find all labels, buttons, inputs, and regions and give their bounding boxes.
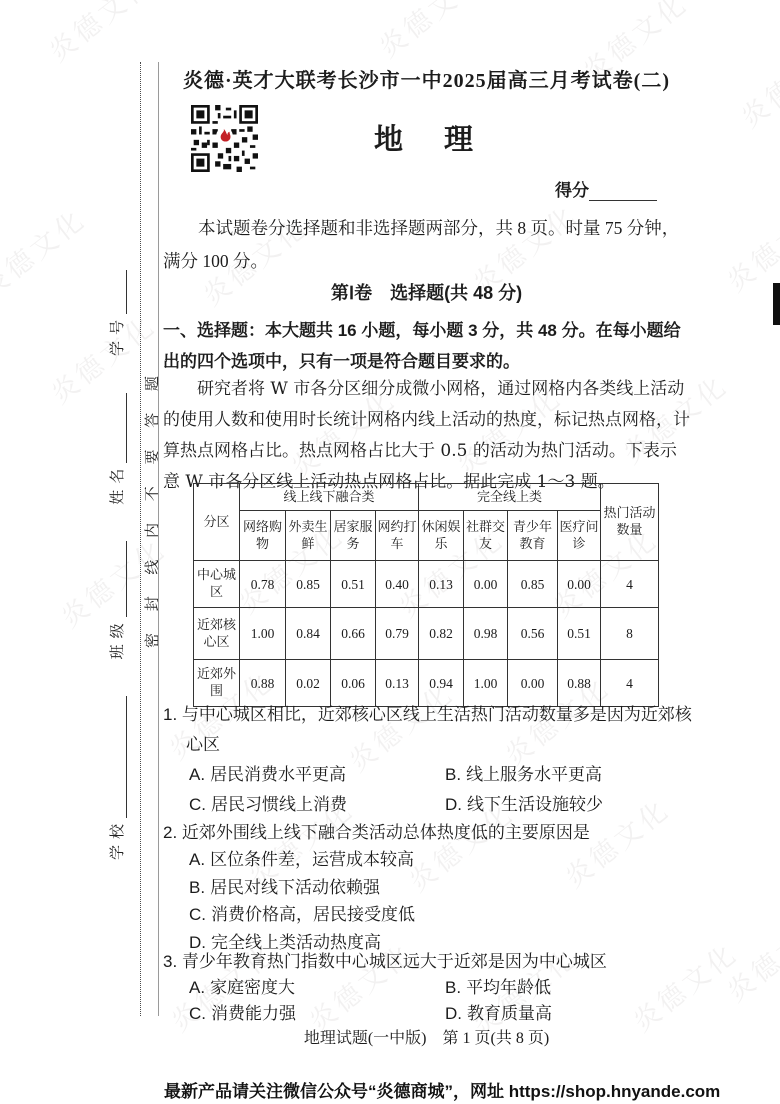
- question-1-options: A.居民消费水平更高 B.线上服务水平更高 C.居民习惯线上消费 D.线下生活设…: [163, 760, 692, 820]
- option-3C: C.消费能力强: [189, 1001, 445, 1027]
- option-2B: B.居民对线下活动依赖强: [189, 874, 692, 902]
- question-3: 3. 青少年教育热门指数中心城区远大于近郊是因为中心城区 A.家庭密度大 B.平…: [163, 948, 692, 1027]
- section-heading: 第Ⅰ卷 选择题(共 48 分): [163, 279, 690, 305]
- option-1A: A.居民消费水平更高: [189, 760, 445, 790]
- question-3-options: A.家庭密度大 B.平均年龄低 C.消费能力强 D.教育质量高: [163, 975, 692, 1027]
- col-header: 医疗问诊: [558, 511, 601, 561]
- field-name-blank: [109, 393, 127, 463]
- hot-grid-table-wrap: 分区 线上线下融合类 完全线上类 热门活动数量 网络购物 外卖生鲜 居家服务 网…: [193, 483, 659, 707]
- col-header: 外卖生鲜: [286, 511, 331, 561]
- table-row-suburb-core: 近郊核心区 1.00 0.84 0.66 0.79 0.82 0.98 0.56…: [194, 608, 659, 660]
- table-row-central: 中心城区 0.78 0.85 0.51 0.40 0.13 0.00 0.85 …: [194, 561, 659, 608]
- field-school-blank: [109, 696, 127, 818]
- col-header: 社群交友: [464, 511, 508, 561]
- watermark: 炎德文化: [39, 0, 161, 69]
- watermark: 炎德文化: [369, 0, 491, 65]
- table-tail-header: 热门活动数量: [601, 484, 659, 561]
- page-footer-pagination: 地理试题(一中版) 第 1 页(共 8 页): [163, 1025, 690, 1048]
- table-corner-header: 分区: [194, 484, 240, 561]
- watermark: 炎德文化: [731, 28, 780, 135]
- table-group-header-row: 分区 线上线下融合类 完全线上类 热门活动数量: [194, 484, 659, 511]
- seal-dotted-line: [140, 62, 141, 1016]
- option-2C: C.消费价格高，居民接受度低: [189, 901, 692, 929]
- question-2: 2. 近郊外围线上线下融合类活动总体热度低的主要原因是 A.区位条件差，运营成本…: [163, 820, 692, 956]
- option-3A: A.家庭密度大: [189, 975, 445, 1001]
- option-1B: B.线上服务水平更高: [445, 760, 692, 790]
- question-1: 1. 与中心城区相比，近郊核心区线上生活热门活动数量多是因为近郊核心区 A.居民…: [163, 700, 692, 820]
- group-header-o2o: 线上线下融合类: [240, 484, 419, 511]
- field-student-number-label: 学号: [107, 314, 127, 356]
- exam-paper-page: 炎德文化 炎德文化 炎德文化 炎德文化 炎德文化 炎德文化 炎德文化 炎德文化 …: [0, 0, 780, 1104]
- watermark: 炎德文化: [717, 902, 780, 1009]
- question-1-stem: 1. 与中心城区相比，近郊核心区线上生活热门活动数量多是因为近郊核心区: [163, 700, 692, 760]
- table-column-header-row: 网络购物 外卖生鲜 居家服务 网约打车 休闲娱乐 社群交友 青少年教育 医疗问诊: [194, 511, 659, 561]
- choice-directive: 一、选择题：本大题共 16 小题，每小题 3 分，共 48 分。在每小题给出的四…: [163, 315, 692, 377]
- field-school: 学校: [107, 696, 127, 860]
- paper-instructions: 本试题卷分选择题和非选择题两部分，共 8 页。时量 75 分钟，满分 100 分…: [163, 212, 692, 278]
- exam-title: 炎德·英才大联考长沙市一中2025届高三月考试卷(二): [163, 64, 690, 93]
- col-header: 网络购物: [240, 511, 286, 561]
- col-header: 居家服务: [331, 511, 376, 561]
- student-info-fields: 学校 班级 姓名 学号: [101, 270, 127, 860]
- col-header: 青少年教育: [508, 511, 558, 561]
- col-header: 网约打车: [376, 511, 419, 561]
- field-school-label: 学校: [107, 818, 127, 860]
- option-1D: D.线下生活设施较少: [445, 790, 692, 820]
- hot-grid-table: 分区 线上线下融合类 完全线上类 热门活动数量 网络购物 外卖生鲜 居家服务 网…: [193, 483, 659, 707]
- scenario-text: 研究者将 W 市各分区细分成微小网格，通过网格内各类线上活动的使用人数和使用时长…: [163, 374, 692, 498]
- seal-warning-text: 密 封 线 内 不 要 答 题: [141, 376, 158, 648]
- option-1C: C.居民习惯线上消费: [189, 790, 445, 820]
- group-header-online: 完全线上类: [419, 484, 601, 511]
- question-2-options: A.区位条件差，运营成本较高 B.居民对线下活动依赖强 C.消费价格高，居民接受…: [163, 846, 692, 956]
- watermark: 炎德文化: [717, 192, 780, 299]
- registration-mark: [773, 283, 780, 325]
- field-class-label: 班级: [107, 617, 127, 659]
- field-student-number-blank: [109, 270, 127, 314]
- field-name: 姓名: [107, 393, 127, 505]
- col-header: 休闲娱乐: [419, 511, 464, 561]
- content-margin-line: [158, 62, 159, 1016]
- option-3B: B.平均年龄低: [445, 975, 692, 1001]
- subject-title: 地 理: [163, 117, 690, 158]
- option-3D: D.教育质量高: [445, 1001, 692, 1027]
- field-name-label: 姓名: [107, 463, 127, 505]
- question-2-stem: 2. 近郊外围线上线下融合类活动总体热度低的主要原因是: [163, 820, 692, 846]
- score-label: 得分: [555, 181, 589, 200]
- field-class-blank: [109, 541, 127, 617]
- field-class: 班级: [107, 541, 127, 659]
- option-2A: A.区位条件差，运营成本较高: [189, 846, 692, 874]
- score-row: 得分: [555, 176, 657, 201]
- question-3-stem: 3. 青少年教育热门指数中心城区远大于近郊是因为中心城区: [163, 948, 692, 975]
- field-student-number: 学号: [107, 270, 127, 356]
- promo-text: 最新产品请关注微信公众号“炎德商城”，网址 https://shop.hnyan…: [164, 1077, 764, 1102]
- score-blank: [589, 181, 657, 201]
- watermark: 炎德文化: [0, 198, 93, 305]
